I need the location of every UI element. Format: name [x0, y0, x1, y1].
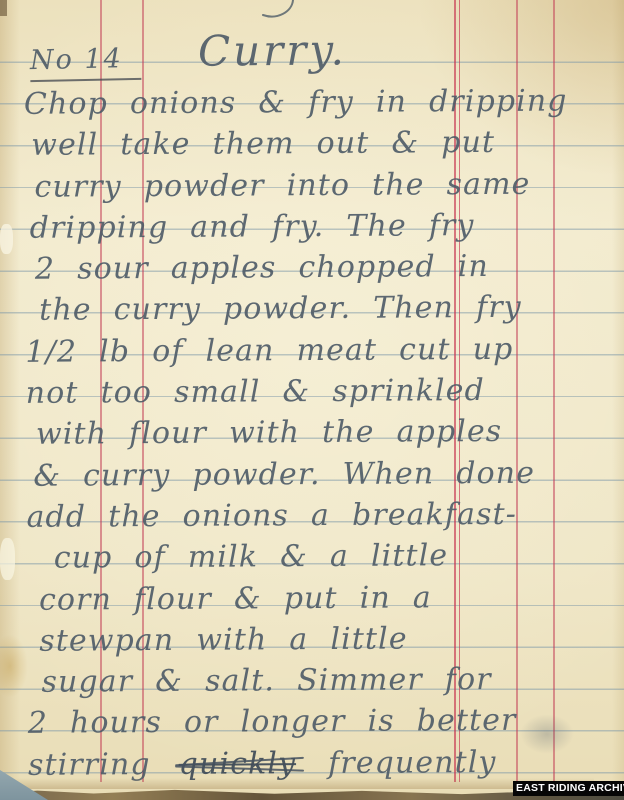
handwritten-line: corn flour & put in a: [39, 576, 623, 621]
handwritten-line: the curry powder. Then fry: [39, 287, 621, 332]
handwritten-line: Chop onions & fry in dripping: [24, 80, 620, 125]
graphite-smudge: [520, 714, 574, 754]
stray-pen-stroke: [255, 0, 301, 28]
handwritten-line: curry powder into the same: [34, 163, 620, 208]
recipe-number: No 14: [30, 43, 142, 82]
edge-wear: [0, 538, 15, 580]
edge-wear: [0, 224, 13, 254]
handwritten-line: cup of milk & a little: [54, 534, 623, 579]
crossed-out-word: quickly: [179, 746, 297, 782]
recipe-title: Curry.: [198, 25, 347, 75]
handwritten-line: sugar & salt. Simmer for: [41, 658, 623, 703]
handwritten-line: add the onions a breakfast-: [26, 493, 622, 538]
paper-stain: [0, 634, 28, 698]
handwritten-line: dripping and fry. The fry: [30, 204, 621, 249]
handwritten-line: stewpan with a little: [39, 617, 623, 662]
handwritten-line: 1/2 lb of lean meat cut up: [25, 328, 621, 373]
handwritten-line: & curry powder. When done: [33, 452, 622, 497]
recipe-body: Chop onions & fry in dripping well take …: [24, 80, 624, 786]
handwritten-line: with flour with the apples: [36, 411, 622, 456]
handwritten-line: 2 sour apples chopped in: [35, 245, 621, 290]
edge-speck: [0, 0, 7, 16]
handwritten-line: not too small & sprinkled: [26, 369, 622, 414]
notebook-page-scan: No 14 Curry. Chop onions & fry in drippi…: [0, 0, 624, 800]
bottom-edge-shadow: [0, 778, 594, 789]
last-line-end: frequently: [328, 745, 497, 781]
recipe-number-text: No 14: [30, 43, 142, 82]
handwritten-line: well take them out & put: [31, 121, 620, 166]
archive-watermark: EAST RIDING ARCHIVE: [513, 781, 624, 796]
